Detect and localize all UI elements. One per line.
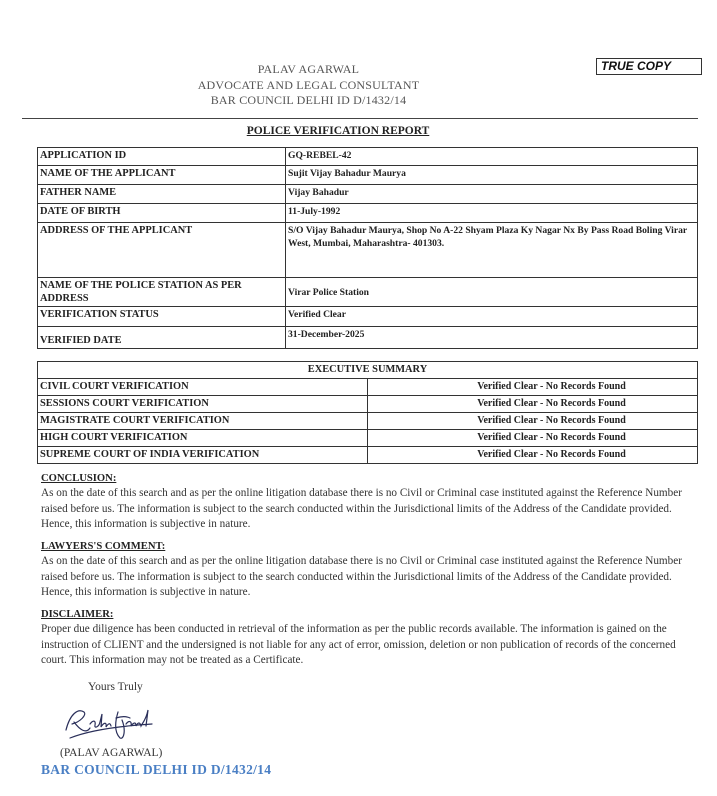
lawyers-comment-text: As on the date of this search and as per…: [41, 554, 701, 601]
field-value: Vijay Bahadur: [286, 185, 698, 204]
table-row: VERIFICATION STATUS Verified Clear: [38, 307, 698, 327]
court-result: Verified Clear - No Records Found: [368, 396, 698, 413]
table-row: SESSIONS COURT VERIFICATION Verified Cle…: [38, 396, 698, 413]
field-label: ADDRESS OF THE APPLICANT: [38, 223, 286, 278]
closing-salutation: Yours Truly: [88, 681, 143, 693]
field-label: VERIFICATION STATUS: [38, 307, 286, 327]
court-label: MAGISTRATE COURT VERIFICATION: [38, 413, 368, 430]
table-row: ADDRESS OF THE APPLICANT S/O Vijay Bahad…: [38, 223, 698, 278]
table-row: VERIFIED DATE 31-December-2025: [38, 327, 698, 349]
court-result: Verified Clear - No Records Found: [368, 430, 698, 447]
applicant-details-table: APPLICATION ID GQ-REBEL-42 NAME OF THE A…: [37, 147, 698, 349]
field-label: VERIFIED DATE: [38, 327, 286, 349]
table-row: SUPREME COURT OF INDIA VERIFICATION Veri…: [38, 447, 698, 464]
court-result: Verified Clear - No Records Found: [368, 379, 698, 396]
signature-icon: [60, 700, 160, 742]
field-value: Virar Police Station: [286, 278, 698, 307]
table-row: NAME OF THE APPLICANT Sujit Vijay Bahadu…: [38, 166, 698, 185]
table-row: DATE OF BIRTH 11-July-1992: [38, 204, 698, 223]
field-value: Verified Clear: [286, 307, 698, 327]
court-label: SUPREME COURT OF INDIA VERIFICATION: [38, 447, 368, 464]
disclaimer-text: Proper due diligence has been conducted …: [41, 622, 701, 669]
true-copy-stamp: TRUE COPY: [596, 58, 702, 75]
field-label: DATE OF BIRTH: [38, 204, 286, 223]
field-label: FATHER NAME: [38, 185, 286, 204]
field-value: S/O Vijay Bahadur Maurya, Shop No A-22 S…: [286, 223, 698, 278]
header-divider: [22, 118, 698, 119]
field-value: Sujit Vijay Bahadur Maurya: [286, 166, 698, 185]
disclaimer-section: DISCLAIMER: Proper due diligence has bee…: [41, 608, 701, 669]
field-value: 31-December-2025: [286, 327, 698, 349]
table-row: HIGH COURT VERIFICATION Verified Clear -…: [38, 430, 698, 447]
field-label: NAME OF THE APPLICANT: [38, 166, 286, 185]
court-label: HIGH COURT VERIFICATION: [38, 430, 368, 447]
field-label: NAME OF THE POLICE STATION AS PER ADDRES…: [38, 278, 286, 307]
table-row: CIVIL COURT VERIFICATION Verified Clear …: [38, 379, 698, 396]
court-result: Verified Clear - No Records Found: [368, 413, 698, 430]
advocate-title: ADVOCATE AND LEGAL CONSULTANT: [0, 78, 717, 94]
table-row: MAGISTRATE COURT VERIFICATION Verified C…: [38, 413, 698, 430]
conclusion-heading: CONCLUSION:: [41, 472, 701, 486]
conclusion-section: CONCLUSION: As on the date of this searc…: [41, 472, 701, 533]
court-label: CIVIL COURT VERIFICATION: [38, 379, 368, 396]
summary-heading: EXECUTIVE SUMMARY: [38, 362, 698, 379]
table-row: APPLICATION ID GQ-REBEL-42: [38, 148, 698, 166]
signer-bar-council-id: BAR COUNCIL DELHI ID D/1432/14: [41, 762, 271, 778]
court-label: SESSIONS COURT VERIFICATION: [38, 396, 368, 413]
signer-name: (PALAV AGARWAL): [60, 747, 162, 759]
court-result: Verified Clear - No Records Found: [368, 447, 698, 464]
executive-summary-table: EXECUTIVE SUMMARY CIVIL COURT VERIFICATI…: [37, 361, 698, 464]
conclusion-text: As on the date of this search and as per…: [41, 486, 701, 533]
field-value: GQ-REBEL-42: [286, 148, 698, 166]
field-label: APPLICATION ID: [38, 148, 286, 166]
table-header-row: EXECUTIVE SUMMARY: [38, 362, 698, 379]
disclaimer-heading: DISCLAIMER:: [41, 608, 701, 622]
lawyers-comment-heading: LAWYERS'S COMMENT:: [41, 540, 701, 554]
letterhead-bar-id: BAR COUNCIL DELHI ID D/1432/14: [0, 93, 717, 109]
table-row: FATHER NAME Vijay Bahadur: [38, 185, 698, 204]
table-row: NAME OF THE POLICE STATION AS PER ADDRES…: [38, 278, 698, 307]
field-value: 11-July-1992: [286, 204, 698, 223]
lawyers-comment-section: LAWYERS'S COMMENT: As on the date of thi…: [41, 540, 701, 601]
report-title: POLICE VERIFICATION REPORT: [0, 125, 676, 137]
